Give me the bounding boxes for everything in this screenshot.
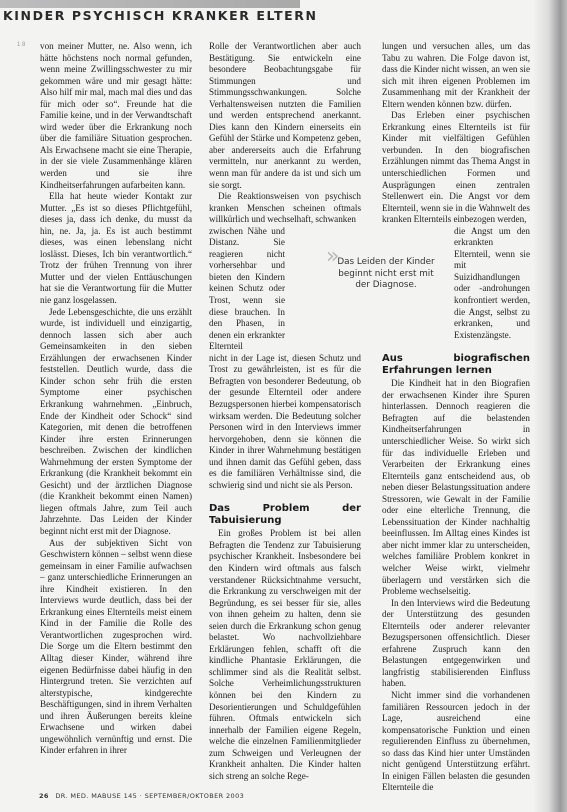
margin-mark: 1 8 <box>17 42 25 48</box>
paragraph: In den Interviews wird die Bedeutung der… <box>382 598 530 690</box>
paragraph: Ella hat heute wieder Kontakt zur Mutter… <box>40 191 192 306</box>
column-left: von meiner Mutter, ne. Also wenn, ich hä… <box>40 41 192 757</box>
paragraph: Rolle der Verantwortlichen aber auch Bes… <box>209 41 361 191</box>
subheading-biografischen-erfahrungen: Aus biografischen Erfahrungen lernen <box>382 353 530 377</box>
paragraph: lungen und versuchen alles, um das Tabu … <box>382 41 530 110</box>
page-footer: 26 DR. MED. MABUSE 145 · SEPTEMBER/OKTOB… <box>39 792 244 800</box>
paragraph: Die Kindheit hat in den Biografien der e… <box>382 378 530 597</box>
paragraph: Die Reaktionsweisen von psychisch kranke… <box>209 191 361 226</box>
publication-info: DR. MED. MABUSE 145 · SEPTEMBER/OKTOBER … <box>55 792 244 800</box>
wrapped-paragraph: zwischen Nähe und Distanz. Sie reagieren… <box>209 226 285 353</box>
paragraph: von meiner Mutter, ne. Also wenn, ich hä… <box>40 41 192 191</box>
page-gutter-shadow <box>533 0 567 812</box>
paragraph: Ein großes Problem ist bei allen Befragt… <box>209 528 361 782</box>
page-number: 26 <box>39 792 49 800</box>
section-title: Kinder psychisch kranker Eltern <box>3 8 318 23</box>
paragraph: Das Erleben einer psychischen Erkrankung… <box>382 110 530 225</box>
paragraph: Nicht immer sind die vorhandenen familiä… <box>382 690 530 794</box>
paragraph: nicht in der Lage ist, diesen Schutz und… <box>209 353 361 492</box>
wrapped-paragraph: die Angst um den erkrankten Elternteil, … <box>454 226 530 341</box>
subheading-tabuisierung: Das Problem der Tabuisierung <box>209 503 361 527</box>
column-middle: Rolle der Verantwortlichen aber auch Bes… <box>209 41 361 782</box>
paragraph: Jede Lebensgeschichte, die uns erzählt w… <box>40 307 192 538</box>
paragraph: Aus der subjektiven Sicht von Geschwiste… <box>40 538 192 757</box>
quote-mark-icon: » <box>326 251 336 263</box>
header-band <box>0 0 300 8</box>
column-right: lungen und versuchen alles, um das Tabu … <box>382 41 530 794</box>
